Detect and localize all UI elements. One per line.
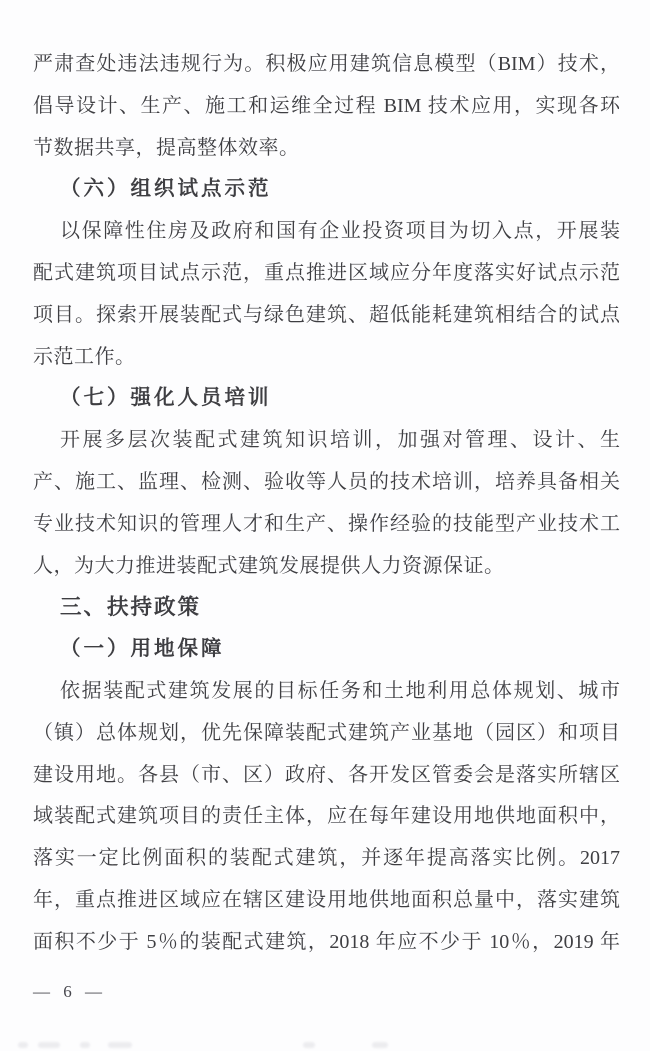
scan-artifact xyxy=(18,1042,28,1048)
text-line: 域装配式建筑项目的责任主体，应在每年建设用地供地面积中， xyxy=(33,796,620,838)
section-heading-support-policies: 三、扶持政策 xyxy=(33,587,620,629)
text-line: 落实一定比例面积的装配式建筑，并逐年提高落实比例。2017 xyxy=(33,838,620,880)
text-line: 项目。探索开展装配式与绿色建筑、超低能耗建筑相结合的试点 xyxy=(33,295,620,337)
text-line: 开展多层次装配式建筑知识培训，加强对管理、设计、生 xyxy=(33,420,620,462)
paragraph-land-supply: 依据装配式建筑发展的目标任务和土地利用总体规划、城市 （镇）总体规划，优先保障装… xyxy=(33,671,620,964)
text-line: 严肃查处违法违规行为。积极应用建筑信息模型（BIM）技术， xyxy=(33,44,620,86)
text-line: 依据装配式建筑发展的目标任务和土地利用总体规划、城市 xyxy=(33,671,620,713)
text-line: 专业技术知识的管理人才和生产、操作经验的技能型产业技术工 xyxy=(33,504,620,546)
paragraph-pilot-projects: 以保障性住房及政府和国有企业投资项目为切入点，开展装 配式建筑项目试点示范，重点… xyxy=(33,211,620,378)
scan-artifact xyxy=(303,1042,315,1048)
subheading-organize-pilot-demonstration: （六）组织试点示范 xyxy=(33,169,620,211)
text-line: 人，为大力推进装配式建筑发展提供人力资源保证。 xyxy=(33,546,620,588)
scan-artifact xyxy=(108,1042,132,1048)
text-line: 年，重点推进区域应在辖区建设用地供地面积总量中，落实建筑 xyxy=(33,880,620,922)
text-line: 以保障性住房及政府和国有企业投资项目为切入点，开展装 xyxy=(33,211,620,253)
scan-artifact xyxy=(80,1042,90,1048)
document-page: 严肃查处违法违规行为。积极应用建筑信息模型（BIM）技术， 倡导设计、生产、施工… xyxy=(0,0,650,964)
scan-artifact xyxy=(38,1042,60,1048)
text-line: 节数据共享，提高整体效率。 xyxy=(33,128,620,170)
text-line: 倡导设计、生产、施工和运维全过程 BIM 技术应用，实现各环 xyxy=(33,86,620,128)
scan-artifact xyxy=(372,1042,388,1048)
paragraph-training: 开展多层次装配式建筑知识培训，加强对管理、设计、生 产、施工、监理、检测、验收等… xyxy=(33,420,620,587)
text-line: 产、施工、监理、检测、验收等人员的技术培训，培养具备相关 xyxy=(33,462,620,504)
text-line: 示范工作。 xyxy=(33,337,620,379)
text-line: 建设用地。各县（市、区）政府、各开发区管委会是落实所辖区 xyxy=(33,755,620,797)
text-line: 配式建筑项目试点示范，重点推进区域应分年度落实好试点示范 xyxy=(33,253,620,295)
text-line: 面积不少于 5％的装配式建筑，2018 年应不少于 10％，2019 年 xyxy=(33,922,620,964)
paragraph-bim-technology: 严肃查处违法违规行为。积极应用建筑信息模型（BIM）技术， 倡导设计、生产、施工… xyxy=(33,44,620,169)
subheading-land-guarantee: （一）用地保障 xyxy=(33,629,620,671)
page-number: — 6 — xyxy=(33,981,103,1003)
text-line: （镇）总体规划，优先保障装配式建筑产业基地（园区）和项目 xyxy=(33,713,620,755)
subheading-strengthen-personnel-training: （七）强化人员培训 xyxy=(33,378,620,420)
